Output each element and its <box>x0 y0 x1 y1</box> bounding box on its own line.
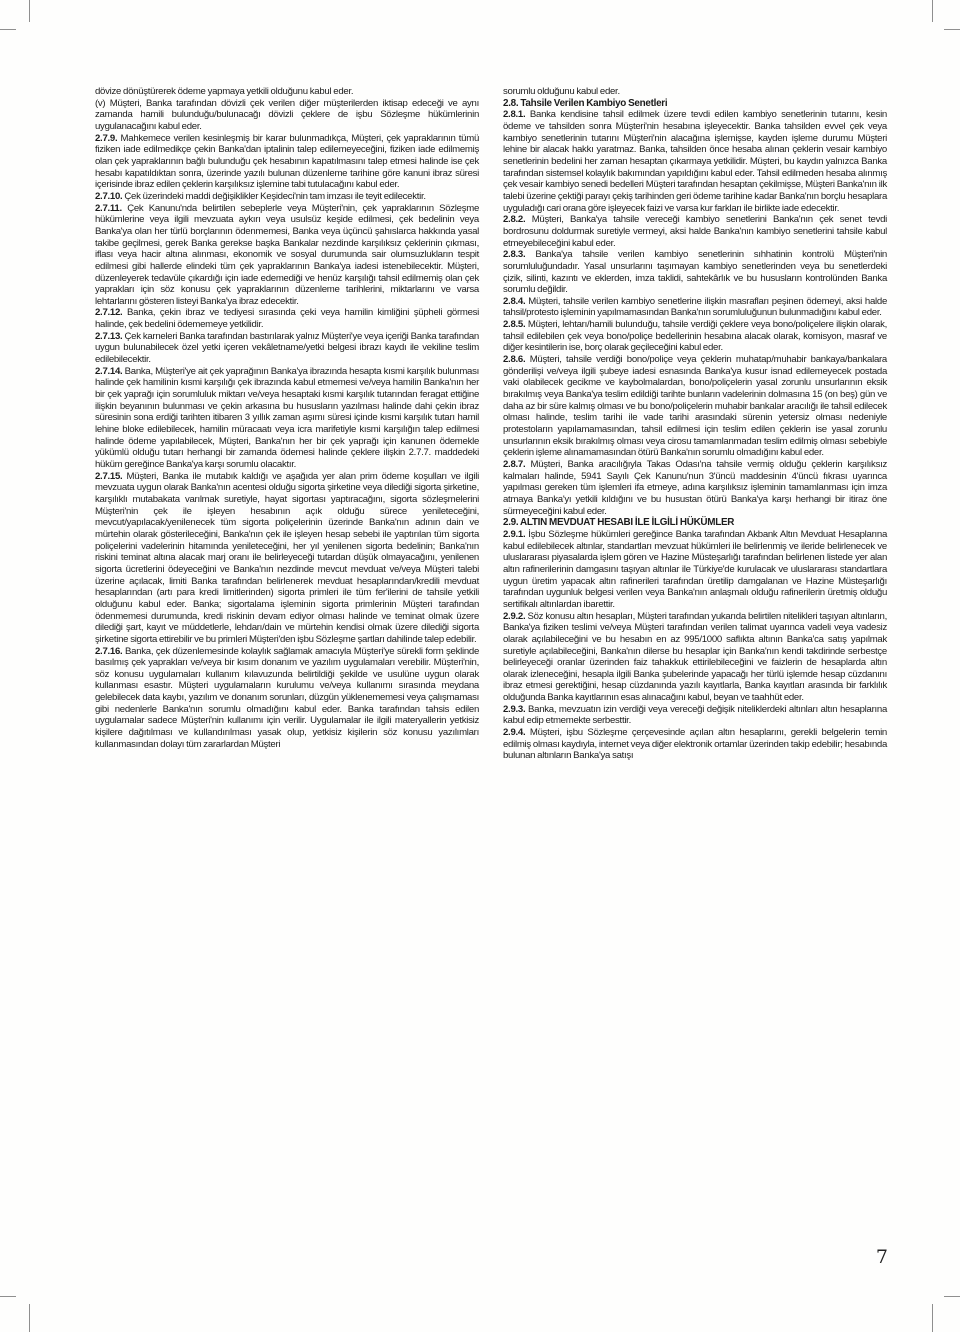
clause-number: 2.7.10. <box>95 191 124 202</box>
clause-paragraph: 2.7.9. Mahkemece verilen kesinleşmiş bir… <box>95 133 479 191</box>
body-paragraph: sorumlu olduğunu kabul eder. <box>503 86 887 98</box>
clause-number: 2.7.12. <box>95 307 127 318</box>
column-left: dövize dönüştürerek ödeme yapmaya yetkil… <box>95 86 479 762</box>
clause-paragraph: 2.7.14. Banka, Müşteri'ye ait çek yaprağ… <box>95 366 479 471</box>
clause-paragraph: 2.8.3. Banka'ya tahsile verilen kambiyo … <box>503 249 887 296</box>
clause-number: 2.8.6. <box>503 354 530 365</box>
clause-paragraph: 2.7.10. Çek üzerindeki maddi değişiklikl… <box>95 191 479 203</box>
document-page: dövize dönüştürerek ödeme yapmaya yetkil… <box>0 0 960 1332</box>
column-right: sorumlu olduğunu kabul eder.2.8. Tahsile… <box>503 86 887 762</box>
clause-paragraph: 2.8.5. Müşteri, lehtarı/hamili bulunduğu… <box>503 319 887 354</box>
clause-number: 2.7.9. <box>95 133 121 144</box>
clause-number: 2.7.14. <box>95 366 125 377</box>
clause-number: 2.7.16. <box>95 646 125 657</box>
clause-paragraph: 2.8.1. Banka kendisine tahsil edilmek üz… <box>503 109 887 214</box>
body-paragraph: dövize dönüştürerek ödeme yapmaya yetkil… <box>95 86 479 98</box>
page-number: 7 <box>876 1246 888 1268</box>
clause-paragraph: 2.7.13. Çek karneleri Banka tarafından b… <box>95 331 479 366</box>
clause-number: 2.9.2. <box>503 611 527 622</box>
crop-mark-bottom-right-vertical <box>932 1304 933 1332</box>
clause-number: 2.8.1. <box>503 109 530 120</box>
section-heading: 2.9. ALTIN MEVDUAT HESABI İLE İLGİLİ HÜK… <box>503 517 887 529</box>
clause-paragraph: 2.7.12. Banka, çekin ibraz ve tediyesi s… <box>95 307 479 330</box>
crop-mark-bottom-left-horizontal <box>0 1296 16 1297</box>
clause-number: 2.9.1. <box>503 529 528 540</box>
clause-paragraph: 2.7.11. Çek Kanunu'nda belirtilen sebepl… <box>95 203 479 308</box>
clause-paragraph: 2.8.7. Müşteri, Banka aracılığıyla Takas… <box>503 459 887 517</box>
clause-paragraph: 2.8.4. Müşteri, tahsile verilen kambiyo … <box>503 296 887 319</box>
clause-number: 2.8.5. <box>503 319 528 330</box>
clause-number: 2.8.3. <box>503 249 535 260</box>
crop-mark-bottom-right-horizontal <box>944 1296 960 1297</box>
clause-number: 2.8.2. <box>503 214 532 225</box>
crop-mark-top-left-vertical <box>29 0 30 22</box>
clause-number: 2.7.15. <box>95 471 127 482</box>
clause-number: 2.9.3. <box>503 704 528 715</box>
crop-mark-bottom-left-vertical <box>29 1304 30 1332</box>
clause-number: 2.7.11. <box>95 203 127 214</box>
text-columns: dövize dönüştürerek ödeme yapmaya yetkil… <box>95 86 888 762</box>
clause-paragraph: 2.9.1. İşbu Sözleşme hükümleri gereğince… <box>503 529 887 611</box>
clause-number: 2.9.4. <box>503 727 530 738</box>
section-heading: 2.8. Tahsile Verilen Kambiyo Senetleri <box>503 98 887 110</box>
clause-paragraph: 2.8.6. Müşteri, tahsile verdiği bono/pol… <box>503 354 887 459</box>
clause-paragraph: 2.7.16. Banka, çek düzenlemesinde kolayl… <box>95 646 479 751</box>
body-paragraph: (v) Müşteri, Banka tarafından dövizli çe… <box>95 98 479 133</box>
clause-number: 2.8.7. <box>503 459 531 470</box>
crop-mark-top-left-horizontal <box>0 29 16 30</box>
clause-paragraph: 2.7.15. Müşteri, Banka ile mutabık kaldı… <box>95 471 479 646</box>
crop-mark-top-right-vertical <box>932 0 933 22</box>
clause-number: 2.7.13. <box>95 331 125 342</box>
clause-paragraph: 2.9.4. Müşteri, işbu Sözleşme çerçevesin… <box>503 727 887 762</box>
clause-paragraph: 2.8.2. Müşteri, Banka'ya tahsile vereceğ… <box>503 214 887 249</box>
clause-paragraph: 2.9.2. Söz konusu altın hesapları, Müşte… <box>503 611 887 704</box>
crop-mark-top-right-horizontal <box>944 29 960 30</box>
clause-paragraph: 2.9.3. Banka, mevzuatın izin verdiği vey… <box>503 704 887 727</box>
clause-number: 2.8.4. <box>503 296 528 307</box>
